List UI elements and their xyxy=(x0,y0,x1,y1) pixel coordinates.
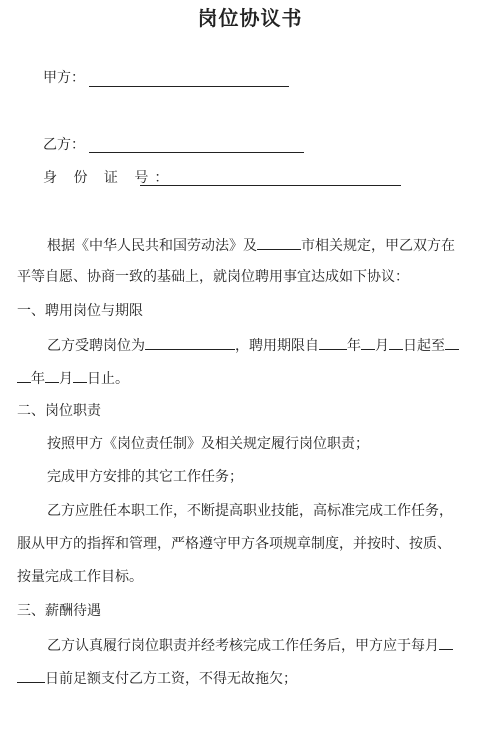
salary-line-2: 日前足额支付乙方工资，不得无故拖欠； xyxy=(17,668,297,688)
intro-line-2: 平等自愿、协商一致的基础上，就岗位聘用事宜达成如下协议： xyxy=(17,268,409,286)
section-1-line-2: 年月日止。 xyxy=(17,368,129,388)
end-day-field[interactable] xyxy=(73,368,87,383)
year-label: 年 xyxy=(347,338,361,354)
end-month-field[interactable] xyxy=(45,368,59,383)
section-1-line-1: 乙方受聘岗位为，聘用期限自年月日起至 xyxy=(47,335,459,355)
salary-line-1: 乙方认真履行岗位职责并经考核完成工作任务后，甲方应于每月 xyxy=(47,635,453,655)
end-month-label: 月 xyxy=(59,371,73,387)
position-field[interactable] xyxy=(145,335,235,350)
start-year-field[interactable] xyxy=(319,335,347,350)
pay-day-field-part1[interactable] xyxy=(439,635,453,650)
salary-text-1: 乙方认真履行岗位职责并经考核完成工作任务后，甲方应于每月 xyxy=(47,638,439,654)
duty-item-2-text: 完成甲方安排的其它工作任务； xyxy=(47,469,243,485)
party-b-field[interactable] xyxy=(89,138,304,153)
pay-day-field-part2[interactable] xyxy=(17,668,45,683)
id-number-field[interactable] xyxy=(140,171,401,186)
duty-item-3-line-1: 乙方应胜任本职工作，不断提高职业技能，高标准完成工作任务， xyxy=(47,502,453,520)
intro-text-2: 市相关规定，甲乙双方在 xyxy=(301,238,455,254)
day-from-label: 日起至 xyxy=(403,338,445,354)
duty-item-1: 按照甲方《岗位责任制》及相关规定履行岗位职责； xyxy=(47,435,369,453)
city-field[interactable] xyxy=(257,235,301,250)
party-a-label: 甲方： xyxy=(43,70,85,86)
day-to-label: 日止。 xyxy=(87,371,129,387)
end-year-label: 年 xyxy=(31,371,45,387)
party-a-row: 甲方： xyxy=(43,69,85,87)
intro-text-1: 根据《中华人民共和国劳动法》及 xyxy=(47,238,257,254)
duty-item-2: 完成甲方安排的其它工作任务； xyxy=(47,468,243,486)
document-title: 岗位协议书 xyxy=(0,2,500,31)
end-year-field-part2[interactable] xyxy=(17,368,31,383)
section-1-heading-text: 一、聘用岗位与期限 xyxy=(17,303,143,319)
end-year-field-part1[interactable] xyxy=(445,335,459,350)
section-3-heading: 三、薪酬待遇 xyxy=(17,602,101,620)
duty-item-3-text-3: 按量完成工作目标。 xyxy=(17,569,143,585)
intro-line-1: 根据《中华人民共和国劳动法》及市相关规定，甲乙双方在 xyxy=(47,235,455,255)
term-label: ，聘用期限自 xyxy=(235,338,319,354)
salary-text-2: 日前足额支付乙方工资，不得无故拖欠； xyxy=(45,671,297,687)
duty-item-3-line-3: 按量完成工作目标。 xyxy=(17,568,143,586)
duty-item-3-line-2: 服从甲方的指挥和管理，严格遵守甲方各项规章制度，并按时、按质、 xyxy=(17,535,451,553)
section-1-heading: 一、聘用岗位与期限 xyxy=(17,302,143,320)
duty-item-3-text-1: 乙方应胜任本职工作，不断提高职业技能，高标准完成工作任务， xyxy=(47,503,453,519)
duty-item-3-text-2: 服从甲方的指挥和管理，严格遵守甲方各项规章制度，并按时、按质、 xyxy=(17,536,451,552)
intro-text-3: 平等自愿、协商一致的基础上，就岗位聘用事宜达成如下协议： xyxy=(17,269,409,285)
party-b-label: 乙方： xyxy=(43,137,85,153)
section-3-heading-text: 三、薪酬待遇 xyxy=(17,603,101,619)
duty-item-1-text: 按照甲方《岗位责任制》及相关规定履行岗位职责； xyxy=(47,436,369,452)
section-2-heading-text: 二、岗位职责 xyxy=(17,403,101,419)
section-2-heading: 二、岗位职责 xyxy=(17,402,101,420)
party-a-field[interactable] xyxy=(89,72,289,87)
start-day-field[interactable] xyxy=(389,335,403,350)
month-label: 月 xyxy=(375,338,389,354)
party-b-row: 乙方： xyxy=(43,136,85,154)
start-month-field[interactable] xyxy=(361,335,375,350)
position-label: 乙方受聘岗位为 xyxy=(47,338,145,354)
